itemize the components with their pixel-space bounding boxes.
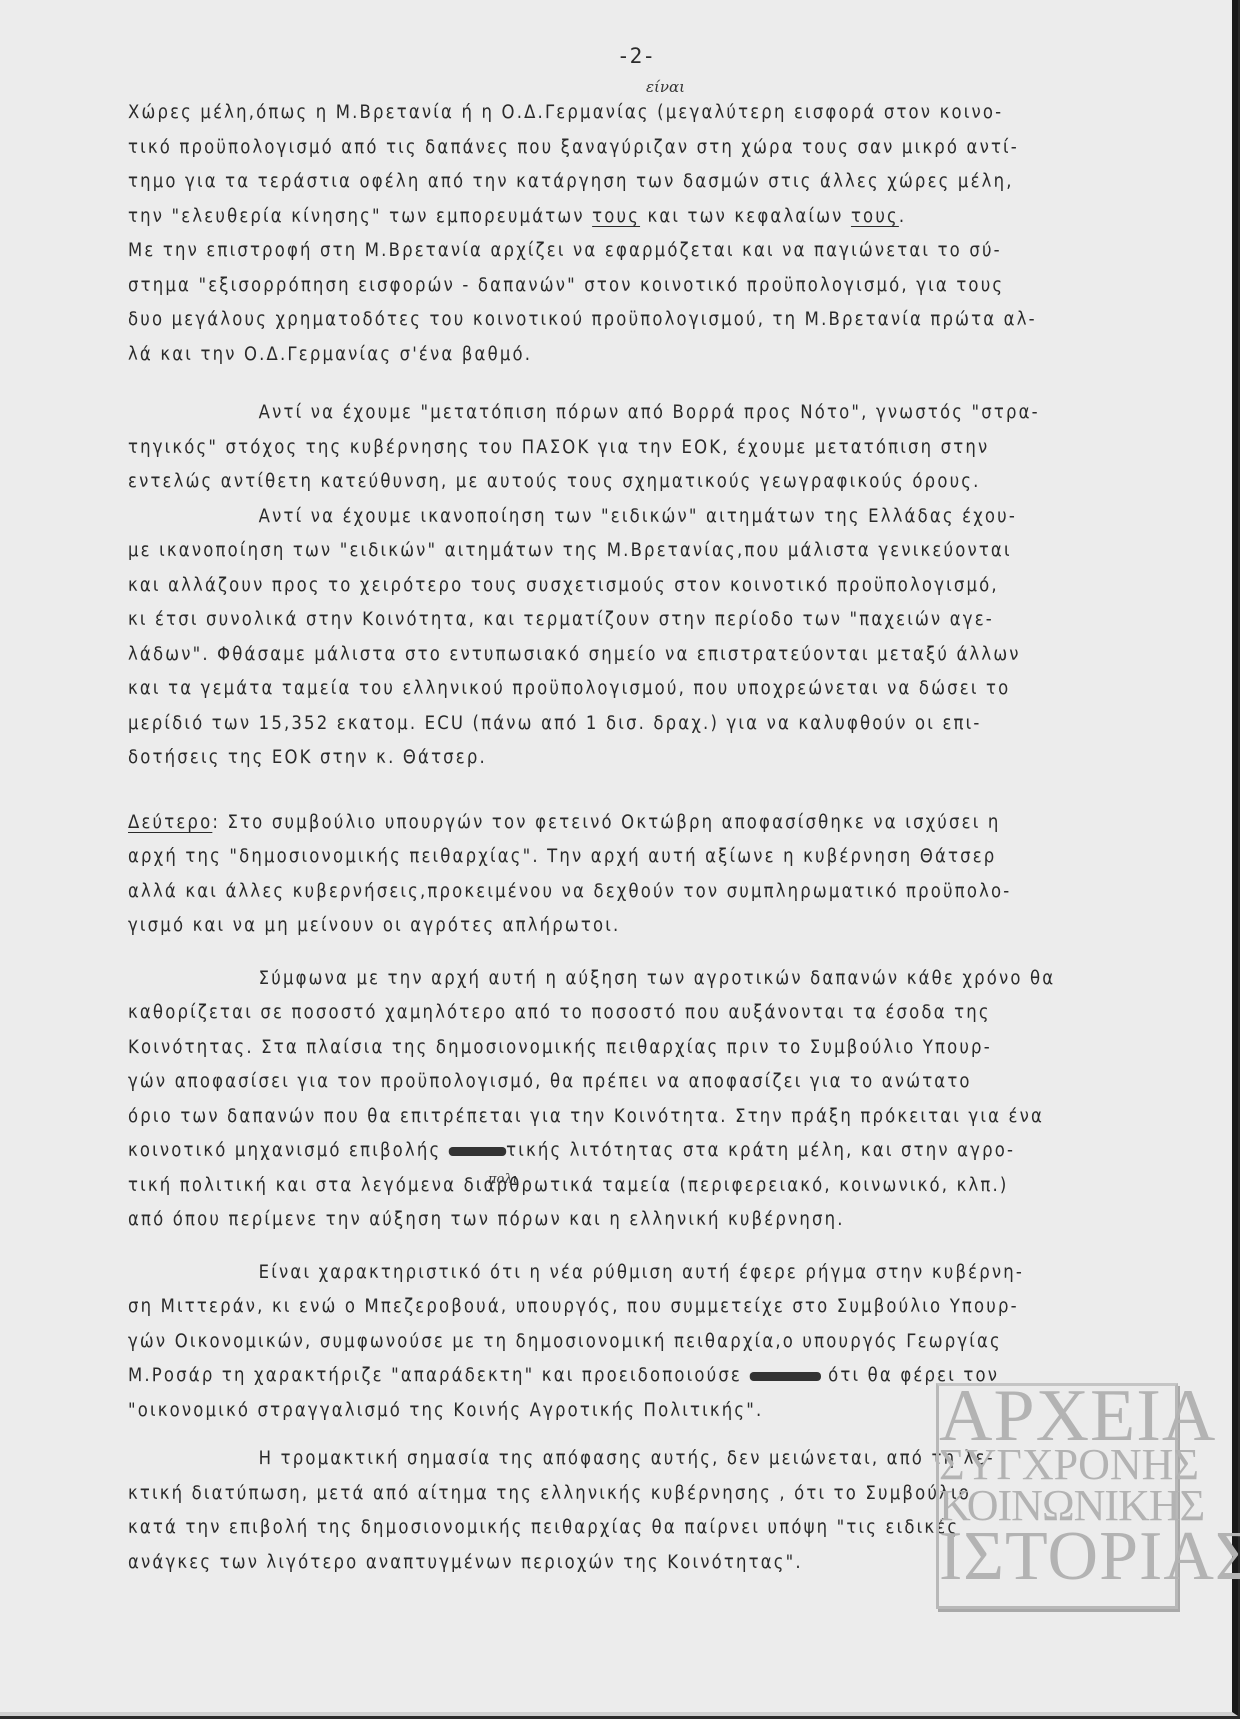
text-line: γών αποφασίσει για τον προϋπολογισμό, θα… bbox=[128, 1065, 1128, 1100]
text-line: γών Οικονομικών, συμφωνούσε με τη δημοσι… bbox=[128, 1325, 1128, 1360]
section-label: Δεύτερο bbox=[128, 812, 212, 833]
paragraph-1: Χώρες μέλη,όπως η Μ.Βρετανία ή η Ο.Δ.Γερ… bbox=[128, 96, 1138, 372]
text-span: Μ.Ροσάρ τη χαρακτήριζε "απαράδεκτη" και … bbox=[128, 1365, 749, 1386]
text-span: : Στο συμβούλιο υπουργών τον φετεινό Οκτ… bbox=[212, 812, 1000, 833]
text-line: καθορίζεται σε ποσοστό χαμηλότερο από το… bbox=[128, 996, 1128, 1031]
text-line: τηγικός" στόχος της κυβέρνησης του ΠΑΣΟΚ… bbox=[128, 431, 1128, 466]
paragraph-3: Αντί να έχουμε ικανοποίηση των "ειδικών"… bbox=[128, 500, 1138, 776]
text-span: και των κεφαλαίων bbox=[640, 206, 851, 227]
paragraph-4: Δεύτερο: Στο συμβούλιο υπουργών τον φετε… bbox=[128, 806, 1138, 944]
text-line: λάδων". Φθάσαμε μάλιστα στο εντυπωσιακό … bbox=[128, 638, 1128, 673]
text-line: κι έτσι συνολικά στην Κοινότητα, και τερ… bbox=[128, 603, 1128, 638]
document-page: -2- είναι πολι Χώρες μέλη,όπως η Μ.Βρετα… bbox=[0, 0, 1238, 1716]
text-span: . bbox=[899, 206, 906, 227]
text-line: όριο των δαπανών που θα επιτρέπεται για … bbox=[128, 1100, 1128, 1135]
underlined-word: τους bbox=[851, 206, 899, 227]
underlined-word: τους bbox=[592, 206, 640, 227]
text-span: κοινοτικό μηχανισμό επιβολής bbox=[128, 1140, 449, 1161]
text-line: μερίδιό των 15,352 εκατομ. ECU (πάνω από… bbox=[128, 707, 1128, 742]
paragraph-5: Σύμφωνα με την αρχή αυτή η αύξηση των αγ… bbox=[128, 962, 1138, 1238]
stamp-line: ΙΣΤΟΡΙΑΣ bbox=[939, 1526, 1175, 1588]
text-line: στημα "εξισορρόπηση εισφορών - δαπανών" … bbox=[128, 269, 1128, 304]
text-line: Δεύτερο: Στο συμβούλιο υπουργών τον φετε… bbox=[128, 806, 1128, 841]
struck-out-word bbox=[449, 1147, 506, 1156]
struck-out-word bbox=[749, 1372, 820, 1381]
archive-stamp: ΑΡΧΕΙΑ ΣΥΓΧΡΟΝΗΣ ΚΟΙΝΩΝΙΚΗΣ ΙΣΤΟΡΙΑΣ bbox=[936, 1383, 1178, 1609]
text-line: τική πολιτική και στα λεγόμενα διαρθρωτι… bbox=[128, 1169, 1128, 1204]
text-line: την "ελευθερία κίνησης" των εμπορευμάτων… bbox=[128, 200, 1128, 235]
text-line: και τα γεμάτα ταμεία του ελληνικού προϋπ… bbox=[128, 672, 1128, 707]
text-line: από όπου περίμενε την αύξηση των πόρων κ… bbox=[128, 1203, 1128, 1238]
text-line: δοτήσεις της ΕΟΚ στην κ. Θάτσερ. bbox=[128, 741, 1128, 776]
text-line: λά και την Ο.Δ.Γερμανίας σ'ένα βαθμό. bbox=[128, 338, 1128, 373]
text-line: κοινοτικό μηχανισμό επιβολής τικής λιτότ… bbox=[128, 1134, 1128, 1169]
text-line: ση Μιττεράν, κι ενώ ο Μπεζεροβουά, υπουρ… bbox=[128, 1290, 1128, 1325]
text-line: αρχή της "δημοσιονομικής πειθαρχίας". Τη… bbox=[128, 840, 1128, 875]
text-line: εντελώς αντίθετη κατεύθυνση, με αυτούς τ… bbox=[128, 465, 1128, 500]
text-line: γισμό και να μη μείνουν οι αγρότες απλήρ… bbox=[128, 909, 1128, 944]
stamp-line: ΣΥΓΧΡΟΝΗΣ bbox=[939, 1444, 1175, 1486]
text-line: Με την επιστροφή στη Μ.Βρετανία αρχίζει … bbox=[128, 234, 1128, 269]
text-line: αλλά και άλλες κυβερνήσεις,προκειμένου ν… bbox=[128, 875, 1128, 910]
text-line: Κοινότητας. Στα πλαίσια της δημοσιονομικ… bbox=[128, 1031, 1128, 1066]
text-line: Αντί να έχουμε ικανοποίηση των "ειδικών"… bbox=[128, 500, 1128, 535]
text-line: Αντί να έχουμε "μετατόπιση πόρων από Βορ… bbox=[128, 396, 1128, 431]
document-body: Χώρες μέλη,όπως η Μ.Βρετανία ή η Ο.Δ.Γερ… bbox=[128, 96, 1138, 1580]
text-line: Είναι χαρακτηριστικό ότι η νέα ρύθμιση α… bbox=[128, 1256, 1128, 1291]
text-span: την "ελευθερία κίνησης" των εμπορευμάτων bbox=[128, 206, 592, 227]
paragraph-2: Αντί να έχουμε "μετατόπιση πόρων από Βορ… bbox=[128, 396, 1138, 500]
stamp-line: ΑΡΧΕΙΑ bbox=[939, 1388, 1175, 1444]
text-line: τημο για τα τεράστια οφέλη από την κατάρ… bbox=[128, 165, 1128, 200]
text-span: τικής λιτότητας στα κράτη μέλη, και στην… bbox=[506, 1140, 1015, 1161]
text-line: και αλλάζουν προς το χειρότερο τους συσχ… bbox=[128, 569, 1128, 604]
text-line: με ικανοποίηση των "ειδικών" αιτημάτων τ… bbox=[128, 534, 1128, 569]
text-line: Σύμφωνα με την αρχή αυτή η αύξηση των αγ… bbox=[128, 962, 1128, 997]
handwritten-annotation: είναι bbox=[646, 78, 685, 96]
text-line: Χώρες μέλη,όπως η Μ.Βρετανία ή η Ο.Δ.Γερ… bbox=[128, 96, 1128, 131]
text-line: τικό προϋπολογισμό από τις δαπάνες που ξ… bbox=[128, 131, 1128, 166]
text-line: δυο μεγάλους χρηματοδότες του κοινοτικού… bbox=[128, 303, 1128, 338]
page-number: -2- bbox=[0, 44, 1232, 68]
